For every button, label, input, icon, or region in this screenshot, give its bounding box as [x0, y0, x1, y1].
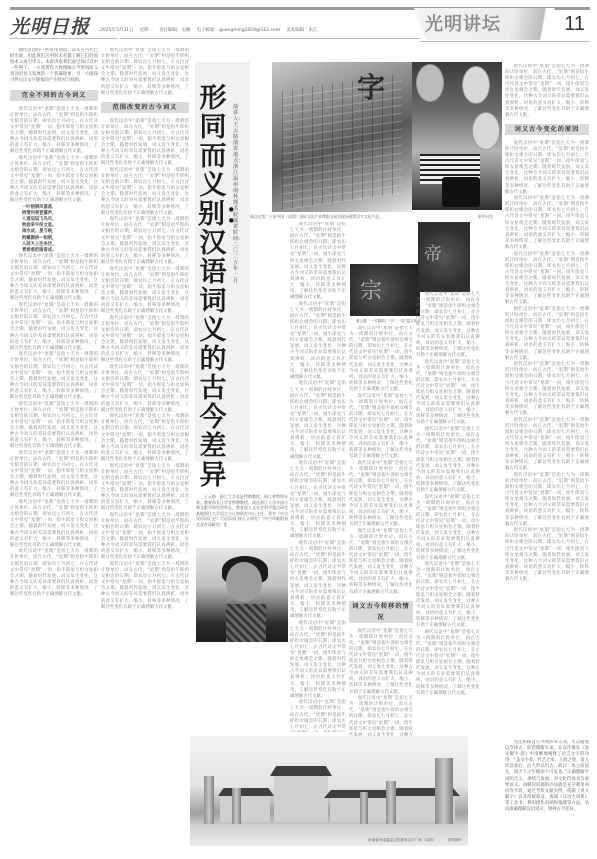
body-paragraph: 现代汉语中“星期”是指七天为一周期的计时单位，而在古代，“星期”则是指牛郎织女相…: [101, 562, 189, 611]
inscription-caption: 秦公簋（一号簋铭）“宗”、“帝”铭文拓片: [356, 319, 421, 324]
body-paragraph: 现代汉语中“星期”是指七天为一周期的计时单位，而在古代，“星期”则是指牛郎织女相…: [290, 700, 346, 732]
article-column-4: 现代汉语中“星期”是指七天为一周期的计时单位，而在古代，“星期”则是指牛郎织女相…: [349, 326, 413, 736]
square-photo-caption: 河南省河南温县文化都的汉字广场（局部）: [368, 838, 436, 843]
article-title: 形同而义别：汉语词义的古今差异: [198, 84, 228, 490]
body-paragraph: 现代汉语中“星期”是指七天为一周期的计时单位，而在古代，“星期”则是指牛郎织女相…: [10, 500, 98, 549]
article-column-2: 现代汉语中“星期”是指七天为一周期的计时单位，而在古代，“星期”则是指牛郎织女相…: [101, 48, 189, 848]
author-photo: [196, 548, 288, 642]
article-column-6: 现代汉语中“星期”是指七天为一周期的计时单位，而在古代，“星期”则是指牛郎织女相…: [505, 64, 589, 736]
masthead-rule: [120, 38, 420, 39]
body-paragraph: 现代汉语中“星期”是指七天为一周期的计时单位，而在古代，“星期”则是指牛郎织女相…: [290, 621, 346, 700]
masthead-meta: 2025年3月31日 星期一 责任编辑：史楠 电子邮箱：guangming202…: [100, 27, 318, 38]
body-paragraph: 现代汉语中“星期”是指七天为一周期的计时单位，而在古代，“星期”则是指牛郎织女相…: [416, 630, 480, 697]
body-paragraph: 现代汉语中“星期”是指七天为一周期的计时单位，而在古代，“星期”则是指牛郎织女相…: [101, 119, 189, 168]
body-paragraph: 现代汉语中“星期”是指七天为一周期的计时单位，而在古代，“星期”则是指牛郎织女相…: [349, 629, 413, 696]
section-heading-1: 完全不同的古今词义: [10, 90, 98, 101]
body-paragraph: 现代汉语中“星期”是指七天为一周期的计时单位，而在古代，“星期”则是指牛郎织女相…: [349, 394, 413, 461]
issue-weekday: 星期一: [140, 27, 154, 33]
responsible-editor: 责任编辑：史楠: [159, 27, 191, 33]
body-paragraph: 现代汉语中“星期”是指七天为一周期的计时单位，而在古代，“星期”则是指牛郎织女相…: [290, 302, 346, 381]
body-paragraph: 现代汉语中“星期”是指七天为一周期的计时单位，而在古代，“星期”则是指牛郎织女相…: [505, 362, 589, 417]
body-paragraph: 现代汉语中“星期”是指七天为一周期的计时单位，而在古代，“星期”则是指牛郎织女相…: [101, 217, 189, 266]
body-paragraph: 现代汉语中“星期”是指七天为一周期的计时单位，而在古代，“星期”则是指牛郎织女相…: [416, 427, 480, 494]
body-paragraph: 现代汉语中“星期”是指七天为一周期的计时单位，而在古代，“星期”则是指牛郎织女相…: [505, 64, 589, 119]
body-paragraph: 现代汉语中“星期”是指七天为一周期的计时单位，而在古代，“星期”则是指牛郎织女相…: [290, 461, 346, 540]
issue-date: 2025年3月31日: [100, 27, 134, 33]
body-paragraph: 现代汉语中“星期”是指七天为一周期的计时单位，而在古代，“星期”则是指牛郎织女相…: [349, 326, 413, 393]
body-paragraph: 现代汉语中“星期”是指七天为一周期的计时单位，而在古代，“星期”则是指牛郎织女相…: [416, 360, 480, 427]
body-paragraph: 现代汉语中“星期”是指七天为一周期的计时单位，而在古代，“星期”则是指牛郎织女相…: [101, 513, 189, 562]
section-rule: [420, 41, 590, 42]
body-paragraph: 现代汉语中“星期”是指七天为一周期的计时单位，而在古代，“星期”则是指牛郎织女相…: [101, 267, 189, 316]
newspaper-logo: 光明日报: [10, 16, 90, 38]
section-heading-2: 范围改变的古今词义: [101, 102, 189, 113]
body-paragraph: 现代汉语中“星期”是指七天为一周期的计时单位，而在古代，“星期”则是指牛郎织女相…: [101, 168, 189, 217]
body-paragraph: 现代汉语中“星期”是指七天为一周期的计时单位，而在古代，“星期”则是指牛郎织女相…: [505, 252, 589, 307]
body-paragraph: 现代汉语中“星期”是指七天为一周期的计时单位，而在古代，“星期”则是指牛郎织女相…: [505, 473, 589, 528]
article-column-1: 现代汉语的一些常用词语，其实在古代已经出现，但此我们应用时未必都了解它们的原始本…: [10, 48, 98, 848]
body-paragraph: 现代汉语中“星期”是指七天为一周期的计时单位，而在古代，“星期”则是指牛郎织女相…: [101, 464, 189, 513]
body-paragraph: 现代汉语中“星期”是指七天为一周期的计时单位，而在古代，“星期”则是指牛郎织女相…: [10, 451, 98, 500]
bronze-inscription-photo: 宗: [350, 264, 420, 316]
art-editor: 美术编辑：朱江: [286, 27, 318, 33]
body-paragraph: 现代汉语中“星期”是指七天为一周期的计时单位，而在古代，“星期”则是指牛郎织女相…: [290, 541, 346, 620]
body-paragraph: 现代汉语中“星期”是指七天为一周期的计时单位，而在古代，“星期”则是指牛郎织女相…: [10, 303, 98, 352]
section-heading-3: 词义古今转移的情况: [349, 601, 413, 623]
body-paragraph: 现代汉语中“星期”是指七天为一周期的计时单位，而在古代，“星期”则是指牛郎织女相…: [505, 196, 589, 251]
author-bio-text: 王云路 浙江大学求是特聘教授，浙江省特级专家，教育部长江学者特聘教授，现任浙江大…: [196, 494, 288, 528]
body-paragraph: 现代汉语中“星期”是指七天为一周期的计时单位，而在古代，“星期”则是指牛郎织女相…: [505, 141, 589, 196]
masthead-rule: [10, 38, 118, 39]
closing-column: 关注和探讨古今同形异义词，可以避免以今律古，防范理解失误。在汉许慎在《说文解字·…: [505, 740, 589, 852]
body-paragraph: 现代汉语中“星期”是指七天为一周期的计时单位，而在古代，“星期”则是指牛郎织女相…: [10, 549, 98, 598]
editor-email[interactable]: 电子邮箱：guangming2024@163.com: [197, 27, 281, 33]
body-paragraph: 现代汉语中“星期”是指七天为一周期的计时单位，而在古代，“星期”则是指牛郎织女相…: [349, 696, 413, 736]
top-photo-caption: 观众在第二十届中国（深圳）国际文化产业博览交易会现场观赏汉字文化产品。: [250, 214, 383, 220]
page-number: 11: [564, 13, 585, 36]
body-paragraph: 现代汉语中“星期”是指七天为一周期的计时单位，而在古代，“星期”则是指牛郎织女相…: [416, 495, 480, 562]
closing-paragraph: 关注和探讨古今同形异义词，可以避免以今律古，防范理解失误。在汉许慎在《说文解字·…: [505, 740, 589, 813]
section-title: 光明讲坛: [425, 10, 501, 36]
square-photo-credit: 资料图片: [448, 838, 462, 843]
body-paragraph: 现代汉语中“星期”是指七天为一周期的计时单位，而在古代，“星期”则是指牛郎织女相…: [416, 292, 480, 359]
body-paragraph: 现代汉语中“星期”是指七天为一周期的计时单位，而在古代，“星期”则是指牛郎织女相…: [10, 402, 98, 451]
article-byline: 演讲人：王云路 演讲地点：浙江温州南怀瑾书院 演讲时间：二〇二五年一月: [233, 104, 243, 284]
body-paragraph: 现代汉语中“星期”是指七天为一周期的计时单位，而在古代，“星期”则是指牛郎织女相…: [290, 381, 346, 460]
intro-paragraph: 现代汉语的一些常用词语，其实在古代已经出现，但此我们应用时未必都了解它们的原始本…: [10, 48, 98, 85]
poem-block: 一叶梧桐风落落， 两情何须登露声， 人道迢迢飞鸟尽， 秋波牵牛织女星。 雨水成，…: [10, 205, 98, 254]
body-paragraph: 现代汉语中“星期”是指七天为一周期的计时单位，而在古代，“星期”则是指牛郎织女相…: [349, 529, 413, 596]
body-paragraph: 现代汉语中“星期”是指七天为一周期的计时单位，而在古代，“星期”则是指牛郎织女相…: [101, 365, 189, 414]
body-paragraph: 现代汉语中“星期”是指七天为一周期的计时单位，而在古代，“星期”则是指牛郎织女相…: [349, 461, 413, 528]
masthead: 光明日报 2025年3月31日 星期一 责任编辑：史楠 电子邮箱：guangmi…: [10, 12, 318, 38]
body-paragraph: 现代汉语中“星期”是指七天为一周期的计时单位，而在古代，“星期”则是指牛郎织女相…: [290, 222, 346, 301]
body-paragraph: 现代汉语中“星期”是指七天为一周期的计时单位，而在古代，“星期”则是指牛郎织女相…: [505, 418, 589, 473]
body-paragraph: 现代汉语中“星期”是指七天为一周期的计时单位，而在古代，“星期”则是指牛郎织女相…: [10, 352, 98, 401]
body-paragraph: 现代汉语中“星期”是指七天为一周期的计时单位，而在古代，“星期”则是指牛郎织女相…: [101, 48, 189, 97]
body-paragraph: 现代汉语中“星期”是指七天为一周期的计时单位，而在古代，“星期”则是指牛郎织女相…: [10, 156, 98, 205]
body-paragraph: 现代汉语中“星期”是指七天为一周期的计时单位，而在古代，“星期”则是指牛郎织女相…: [505, 528, 589, 583]
body-paragraph: 现代汉语中“星期”是指七天为一周期的计时单位，而在古代，“星期”则是指牛郎织女相…: [10, 107, 98, 156]
author-bio: 王云路 浙江大学求是特聘教授，浙江省特级专家，教育部长江学者特聘教授，现任浙江大…: [196, 494, 288, 544]
body-paragraph: 现代汉语中“星期”是指七天为一周期的计时单位，而在古代，“星期”则是指牛郎织女相…: [505, 307, 589, 362]
section-heading-4: 词义古今变化的原因: [505, 124, 589, 135]
movable-type-photo: 字: [272, 62, 412, 212]
body-paragraph: 现代汉语中“星期”是指七天为一周期的计时单位，而在古代，“星期”则是指牛郎织女相…: [10, 254, 98, 303]
article-column-3: 现代汉语中“星期”是指七天为一周期的计时单位，而在古代，“星期”则是指牛郎织女相…: [290, 222, 346, 732]
lantern-exhibition-photo: [412, 62, 502, 210]
body-paragraph: 现代汉语中“星期”是指七天为一周期的计时单位，而在古代，“星期”则是指牛郎织女相…: [101, 316, 189, 365]
body-paragraph: 现代汉语中“星期”是指七天为一周期的计时单位，而在古代，“星期”则是指牛郎织女相…: [416, 562, 480, 629]
chinese-character-square-photo: [190, 736, 468, 846]
article-column-5: 现代汉语中“星期”是指七天为一周期的计时单位，而在古代，“星期”则是指牛郎织女相…: [416, 222, 480, 734]
body-paragraph: 现代汉语中“星期”是指七天为一周期的计时单位，而在古代，“星期”则是指牛郎织女相…: [101, 414, 189, 463]
top-photo-credit: 新华社发: [478, 214, 493, 220]
